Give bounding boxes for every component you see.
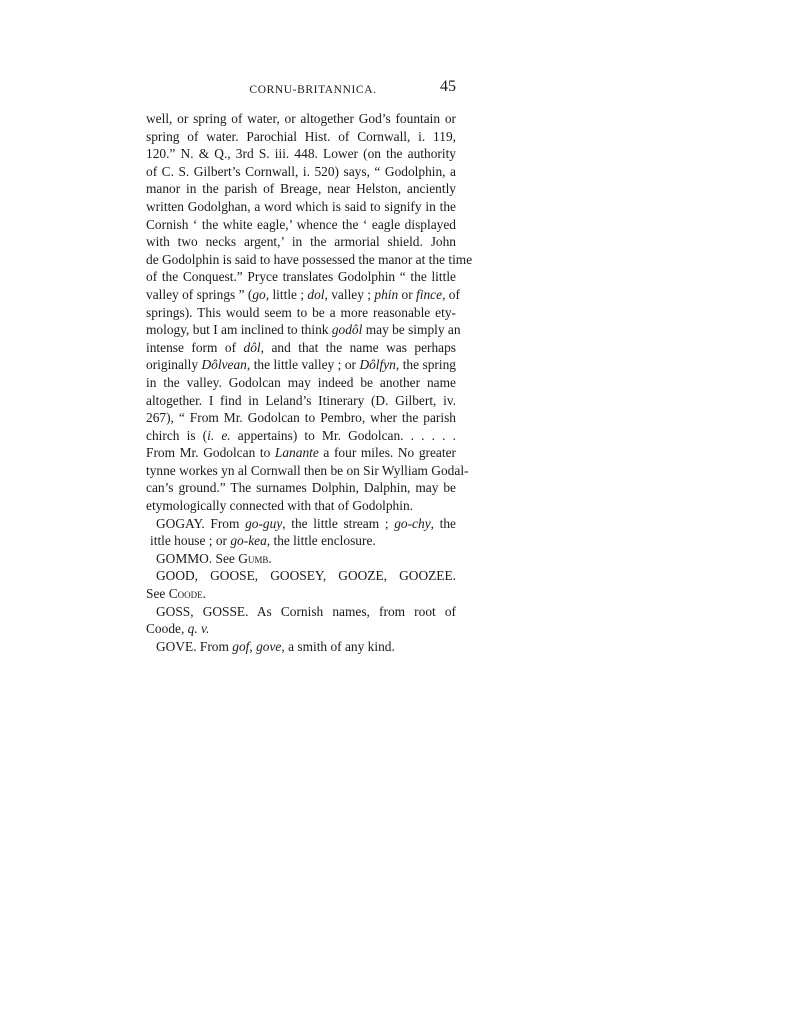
text-line: of the Conquest.” Pryce translates Godol… [146, 268, 456, 286]
text-line: 120.” N. & Q., 3rd S. iii. 448. Lower (o… [146, 145, 456, 163]
italic-term: go-guy [245, 516, 282, 531]
italic-term: Lanante [275, 445, 319, 460]
text-run: , the little stream ; [282, 516, 394, 531]
italic-term: i. e. [207, 428, 231, 443]
italic-term: go-kea [230, 533, 266, 548]
italic-term: phin [374, 287, 398, 302]
text-line: spring of water. Parochial Hist. of Corn… [146, 128, 456, 146]
text-line: in the valley. Godolcan may indeed be an… [146, 374, 456, 392]
text-line: can’s ground.” The surnames Dolphin, Dal… [146, 479, 456, 497]
text-run: , and that the name was perhaps [261, 340, 456, 355]
entry-gommo: GOMMO. See Gumb. [146, 550, 456, 568]
cross-reference: Gumb [238, 551, 268, 566]
italic-term: fince [416, 287, 442, 302]
text-line: springs). This would seem to be a more r… [146, 304, 456, 322]
text-run: From Mr. Godolcan to [146, 445, 275, 460]
italic-term: Dôlfyn [359, 357, 395, 372]
text-run: , the little valley ; or [247, 357, 360, 372]
text-run: originally [146, 357, 202, 372]
text-line: originally Dôlvean, the little valley ; … [146, 356, 456, 374]
text-line: well, or spring of water, or altogether … [146, 110, 456, 128]
text-run: , the spring [396, 357, 456, 372]
entry-headword: GOVE. [156, 639, 197, 654]
text-run: Coode, [146, 621, 188, 636]
text-run: or [398, 287, 416, 302]
italic-term: go-chy [394, 516, 430, 531]
text-line: 267), “ From Mr. Godolcan to Pembro, whe… [146, 409, 456, 427]
text-line: written Godolghan, a word which is said … [146, 198, 456, 216]
text-line: intense form of dôl, and that the name w… [146, 339, 456, 357]
entry-goss: GOSS, GOSSE. As Cornish names, from root… [146, 603, 456, 638]
text-run: As Cornish names, from root of [248, 604, 456, 619]
text-run: See [146, 586, 169, 601]
italic-term: dol [307, 287, 324, 302]
text-line: manor in the parish of Breage, near Hels… [146, 180, 456, 198]
italic-term: Dôlvean [202, 357, 247, 372]
text-line: etymologically connected with that of Go… [146, 497, 456, 515]
book-page: CORNU-BRITANNICA. 45 well, or spring of … [146, 78, 456, 655]
entry-gove: GOVE. From gof, gove, a smith of any kin… [146, 638, 456, 656]
running-head: CORNU-BRITANNICA. 45 [146, 78, 456, 100]
text-run: appertains) to Mr. Godolcan. . . . . . [231, 428, 456, 443]
text-run: valley of springs ” ( [146, 287, 252, 302]
text-line: de Godolphin is said to have possessed t… [146, 251, 456, 269]
text-run: . [203, 586, 206, 601]
text-line: chirch is (i. e. appertains) to Mr. Godo… [146, 427, 456, 445]
entry-good: GOOD, GOOSE, GOOSEY, GOOZE, GOOZEE. See … [146, 567, 456, 602]
italic-term: go [252, 287, 265, 302]
text-run: , a smith of any kind. [281, 639, 394, 654]
text-line: valley of springs ” (go, little ; dol, v… [146, 286, 456, 304]
text-run: , little ; [266, 287, 308, 302]
italic-term: gove [256, 639, 281, 654]
entry-headword: GOGAY. [156, 516, 205, 531]
text-run: intense form of [146, 340, 244, 355]
text-run: From [197, 639, 233, 654]
text-run: See [212, 551, 238, 566]
text-line: altogether. I find in Leland’s Itinerary… [146, 392, 456, 410]
text-line: GOGAY. From go-guy, the little stream ; … [146, 515, 456, 533]
text-run: may be simply an [362, 322, 460, 337]
text-line: Cornish ‘ the white eagle,’ whence the ‘… [146, 216, 456, 234]
paragraph-godolphin: well, or spring of water, or altogether … [146, 110, 456, 515]
text-run: , the [431, 516, 456, 531]
text-line: with two necks argent,’ in the armorial … [146, 233, 456, 251]
text-run: , of [442, 287, 460, 302]
text-line: GOSS, GOSSE. As Cornish names, from root… [146, 603, 456, 621]
running-title: CORNU-BRITANNICA. [146, 82, 456, 100]
italic-term: gof [232, 639, 249, 654]
text-line: GOOD, GOOSE, GOOSEY, GOOZE, GOOZEE. [146, 567, 456, 585]
cross-reference: Coode [169, 586, 203, 601]
italic-term: godôl [332, 322, 363, 337]
text-line: See Coode. [146, 585, 456, 603]
text-run: , valley ; [325, 287, 375, 302]
text-run: , the little enclosure. [267, 533, 376, 548]
text-run: a four miles. No greater [319, 445, 456, 460]
text-line: tynne workes yn al Cornwall then be on S… [146, 462, 456, 480]
entry-gogay: GOGAY. From go-guy, the little stream ; … [146, 515, 456, 550]
text-line: From Mr. Godolcan to Lanante a four mile… [146, 444, 456, 462]
text-line: GOVE. From gof, gove, a smith of any kin… [146, 638, 456, 656]
text-run: chirch is ( [146, 428, 207, 443]
page-number: 45 [440, 78, 456, 96]
text-line: GOMMO. See Gumb. [146, 550, 456, 568]
text-line: of C. S. Gilbert’s Cornwall, i. 520) say… [146, 163, 456, 181]
entry-headword: GOMMO. [156, 551, 212, 566]
text-line: Coode, q. v. [146, 620, 456, 638]
italic-term: q. v. [188, 621, 210, 636]
text-run: . [268, 551, 271, 566]
text-run: From [205, 516, 245, 531]
text-line: mology, but I am inclined to think godôl… [146, 321, 456, 339]
text-run: mology, but I am inclined to think [146, 322, 332, 337]
italic-term: dôl [244, 340, 261, 355]
text-run: ittle house ; or [150, 533, 230, 548]
text-line: ittle house ; or go-kea, the little encl… [146, 532, 456, 550]
entry-headword: GOSS, GOSSE. [156, 604, 248, 619]
